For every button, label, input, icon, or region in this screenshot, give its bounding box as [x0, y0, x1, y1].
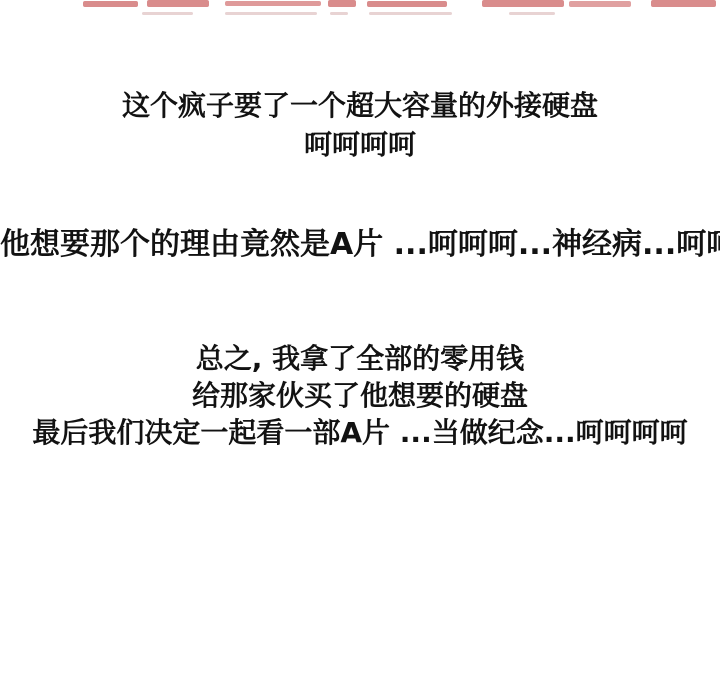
- dialogue-line: 最后我们决定一起看一部A片 ...当做纪念...呵呵呵呵: [0, 414, 720, 451]
- cutoff-text-fragment: [147, 0, 209, 7]
- dialogue-line: 给那家伙买了他想要的硬盘: [0, 377, 720, 414]
- cutoff-text-fragment: [482, 0, 564, 7]
- comic-text-panel: 这个疯子要了一个超大容量的外接硬盘 呵呵呵呵 他想要那个的理由竟然是A片 ...…: [0, 0, 720, 700]
- cutoff-text-fragment: [509, 12, 555, 15]
- dialogue-line: 这个疯子要了一个超大容量的外接硬盘: [0, 86, 720, 125]
- cutoff-text-fragment: [83, 1, 138, 7]
- cutoff-text-fragment: [328, 0, 356, 7]
- cutoff-text-fragment: [225, 1, 321, 6]
- dialogue-block-3: 总之, 我拿了全部的零用钱 给那家伙买了他想要的硬盘 最后我们决定一起看一部A片…: [0, 340, 720, 451]
- cutoff-text-fragment: [651, 0, 716, 7]
- dialogue-line: 他想要那个的理由竟然是A片 ...呵呵呵...神经病...呵呵呵呵: [0, 227, 720, 263]
- cutoff-text-fragment: [142, 12, 193, 15]
- cutoff-text-fragment: [367, 1, 447, 7]
- dialogue-line: 总之, 我拿了全部的零用钱: [0, 340, 720, 377]
- cutoff-text-fragment: [569, 1, 631, 7]
- dialogue-line: 呵呵呵呵: [0, 125, 720, 164]
- dialogue-block-2: 他想要那个的理由竟然是A片 ...呵呵呵...神经病...呵呵呵呵: [0, 227, 720, 263]
- cutoff-text-fragments: [0, 0, 720, 20]
- dialogue-block-1: 这个疯子要了一个超大容量的外接硬盘 呵呵呵呵: [0, 86, 720, 164]
- cutoff-text-fragment: [225, 12, 317, 15]
- cutoff-text-fragment: [369, 12, 452, 15]
- cutoff-text-fragment: [330, 12, 348, 15]
